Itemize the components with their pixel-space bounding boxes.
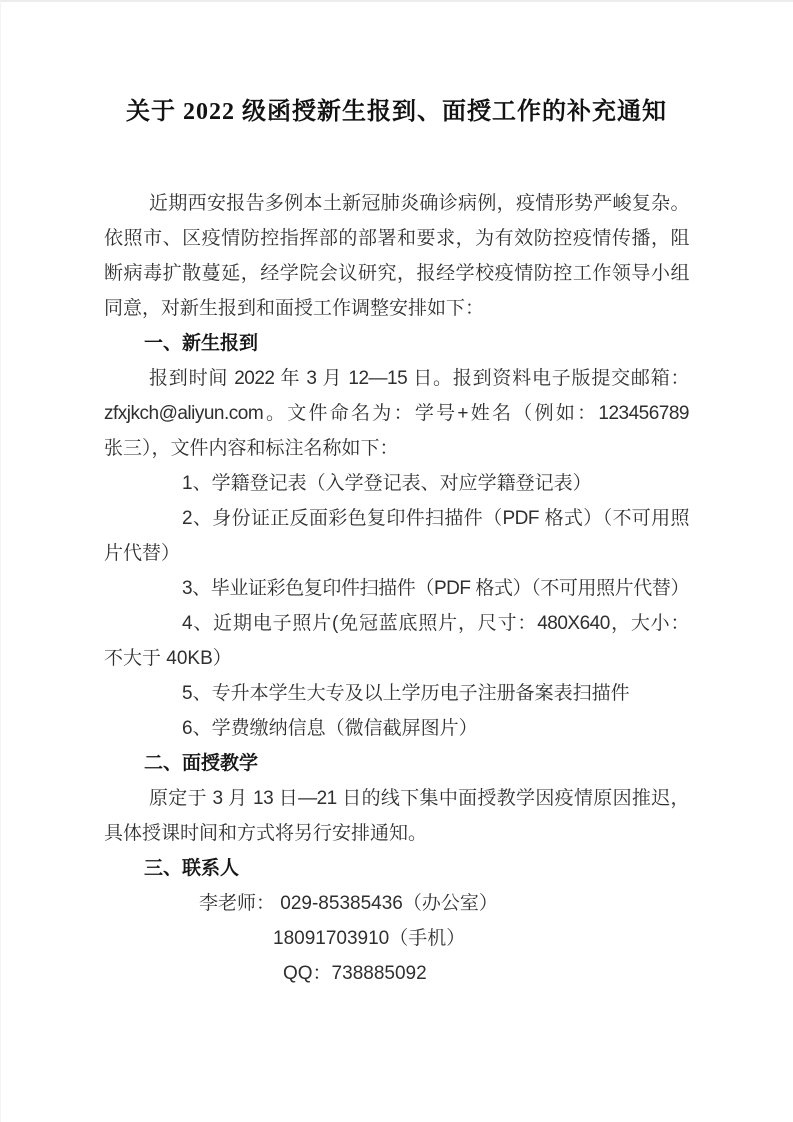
document-content: 关于 2022 级函授新生报到、面授工作的补充通知 近期西安报告多例本土新冠肺炎… bbox=[104, 2, 689, 991]
list-item-2: 2、身份证正反面彩色复印件扫描件（PDF 格式）（不可用照 bbox=[104, 501, 689, 536]
list-item-4: 4、近期电子照片(免冠蓝底照片，尺寸：480X640，大小： bbox=[104, 606, 689, 641]
list-item-4-continuation: 不大于 40KB） bbox=[104, 641, 689, 676]
section-1-heading: 一、新生报到 bbox=[104, 326, 689, 361]
paragraph-registration-line-1: 报到时间 2022 年 3 月 12—15 日。报到资料电子版提交邮箱： bbox=[104, 361, 689, 396]
section-2-heading: 二、面授教学 bbox=[104, 746, 689, 781]
paragraph-intro-line-2: 依照市、区疫情防控指挥部的部署和要求，为有效防控疫情传播，阻 bbox=[104, 221, 689, 256]
contact-mobile-phone: 18091703910（手机） bbox=[104, 921, 689, 956]
paragraph-intro-line-1: 近期西安报告多例本土新冠肺炎确诊病例，疫情形势严峻复杂。 bbox=[104, 186, 689, 221]
paragraph-registration-line-2-email: zfxjkch@aliyun.com。文件命名为：学号+姓名（例如：123456… bbox=[104, 396, 689, 431]
section-3-heading: 三、联系人 bbox=[104, 851, 689, 886]
paragraph-teaching-line-2: 具体授课时间和方式将另行安排通知。 bbox=[104, 816, 689, 851]
document-body: 近期西安报告多例本土新冠肺炎确诊病例，疫情形势严峻复杂。 依照市、区疫情防控指挥… bbox=[104, 186, 689, 991]
list-item-2-continuation: 片代替） bbox=[104, 536, 689, 571]
paragraph-intro-line-3: 断病毒扩散蔓延，经学院会议研究，报经学校疫情防控工作领导小组 bbox=[104, 256, 689, 291]
paragraph-teaching-line-1: 原定于 3 月 13 日—21 日的线下集中面授教学因疫情原因推迟， bbox=[104, 781, 689, 816]
list-item-6: 6、学费缴纳信息（微信截屏图片） bbox=[104, 711, 689, 746]
list-item-5: 5、专升本学生大专及以上学历电子注册备案表扫描件 bbox=[104, 676, 689, 711]
document-page: 关于 2022 级函授新生报到、面授工作的补充通知 近期西安报告多例本土新冠肺炎… bbox=[0, 0, 793, 1122]
list-item-1: 1、学籍登记表（入学登记表、对应学籍登记表） bbox=[104, 466, 689, 501]
paragraph-intro-line-4: 同意，对新生报到和面授工作调整安排如下： bbox=[104, 291, 689, 326]
document-title: 关于 2022 级函授新生报到、面授工作的补充通知 bbox=[104, 94, 689, 130]
list-item-3: 3、毕业证彩色复印件扫描件（PDF 格式）（不可用照片代替） bbox=[104, 571, 689, 606]
paragraph-registration-line-3: 张三），文件内容和标注名称如下： bbox=[104, 431, 689, 466]
contact-qq: QQ：738885092 bbox=[104, 956, 689, 991]
contact-office-phone: 李老师： 029-85385436（办公室） bbox=[104, 886, 689, 921]
